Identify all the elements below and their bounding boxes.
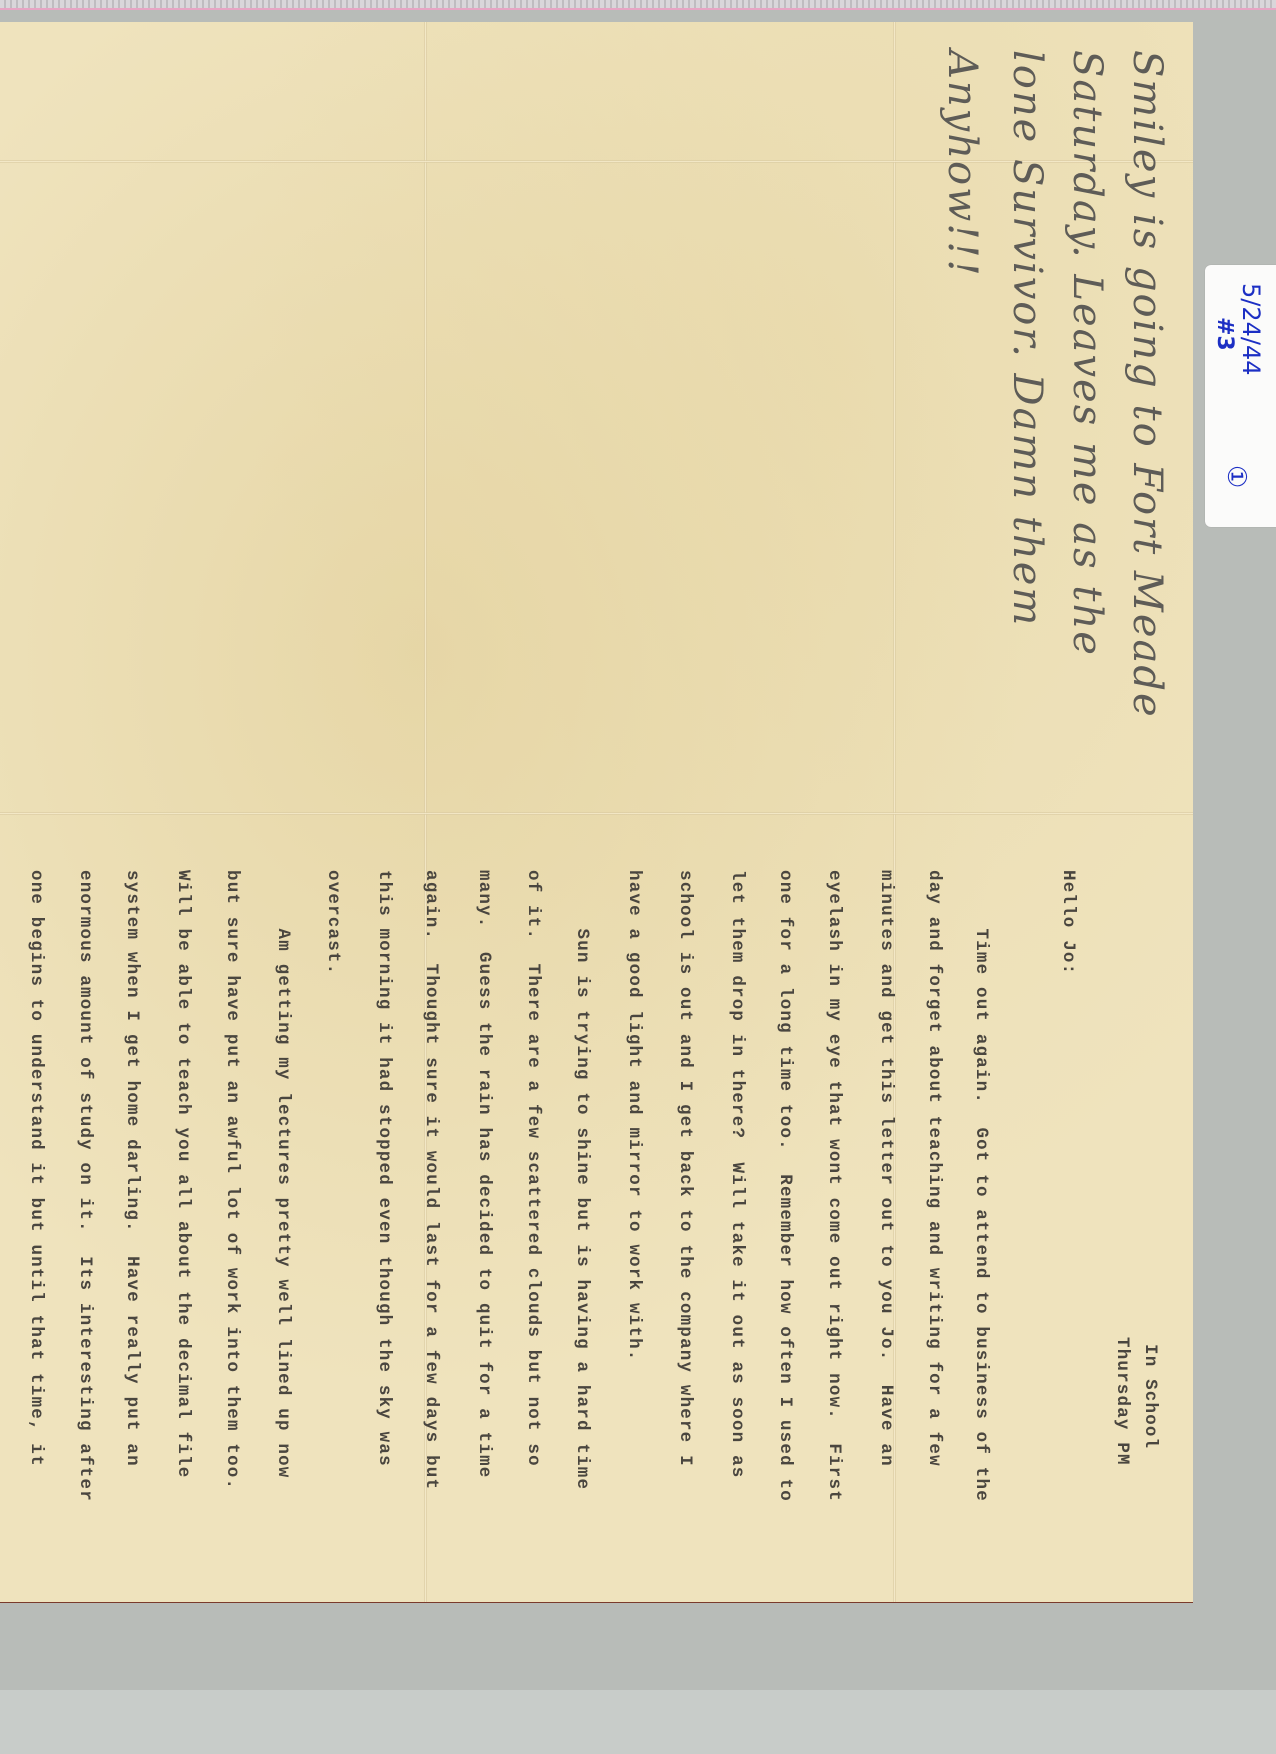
letter-line: again. Thought sure it would last for a … [421, 870, 441, 1490]
letter-line: Sun is trying to shine but is having a h… [572, 870, 592, 1490]
handwritten-line: Anyhow!!! [939, 50, 985, 278]
letter-page: Smiley is going to Fort Meade Saturday. … [0, 22, 1193, 1602]
letter-line: let them drop in there? Will take it out… [727, 870, 747, 1479]
letter-line: enormous amount of study on it. Its inte… [75, 870, 95, 1502]
letter-line: many. Guess the rain has decided to quit… [474, 870, 494, 1479]
tag-page-number: ① [1221, 465, 1251, 488]
letter-line: this morning it had stopped even though … [374, 870, 394, 1467]
sleeve-top-edge [0, 0, 1276, 10]
letter-line: day and forget about teaching and writin… [924, 870, 944, 1467]
letter-line: of it. There are a few scattered clouds … [523, 870, 543, 1467]
letter-line: have a good light and mirror to work wit… [624, 870, 644, 1361]
letter-line: one begins to understand it but until th… [26, 870, 46, 1467]
letter-line: one for a long time too. Remember how of… [775, 870, 795, 1502]
letter-line: system when I get home darling. Have rea… [122, 870, 142, 1467]
letter-line: but sure have put an awful lot of work i… [222, 870, 242, 1490]
letter-line: Time out again. Got to attend to busines… [971, 870, 991, 1502]
handwritten-line: Smiley is going to Fort Meade [1124, 50, 1170, 719]
letter-line: eyelash in my eye that wont come out rig… [824, 870, 844, 1502]
letter-line: Will be able to teach you all about the … [173, 870, 193, 1479]
handwritten-line: Saturday. Leaves me as the [1064, 50, 1110, 657]
sleeve-lower-band [0, 1690, 1276, 1754]
archival-tag-card: 5/24/44 #3 ① [1205, 265, 1276, 527]
letter-line: Am getting my lectures pretty well lined… [273, 870, 293, 1479]
letter-salutation: Hello Jo: [1058, 870, 1078, 975]
tag-number: #3 [1212, 317, 1237, 351]
letter-line: minutes and get this letter out to you J… [876, 870, 896, 1467]
letter-line: school is out and I get back to the comp… [675, 870, 695, 1467]
fold-line-horizontal [0, 812, 1193, 815]
letter-line: overcast. [323, 870, 343, 975]
handwritten-line: lone Survivor. Damn them [1004, 50, 1050, 627]
letter-location: In School [1140, 1344, 1160, 1449]
tag-date: 5/24/44 [1237, 283, 1265, 376]
letter-dateline: Thursday PM [1112, 1337, 1132, 1466]
